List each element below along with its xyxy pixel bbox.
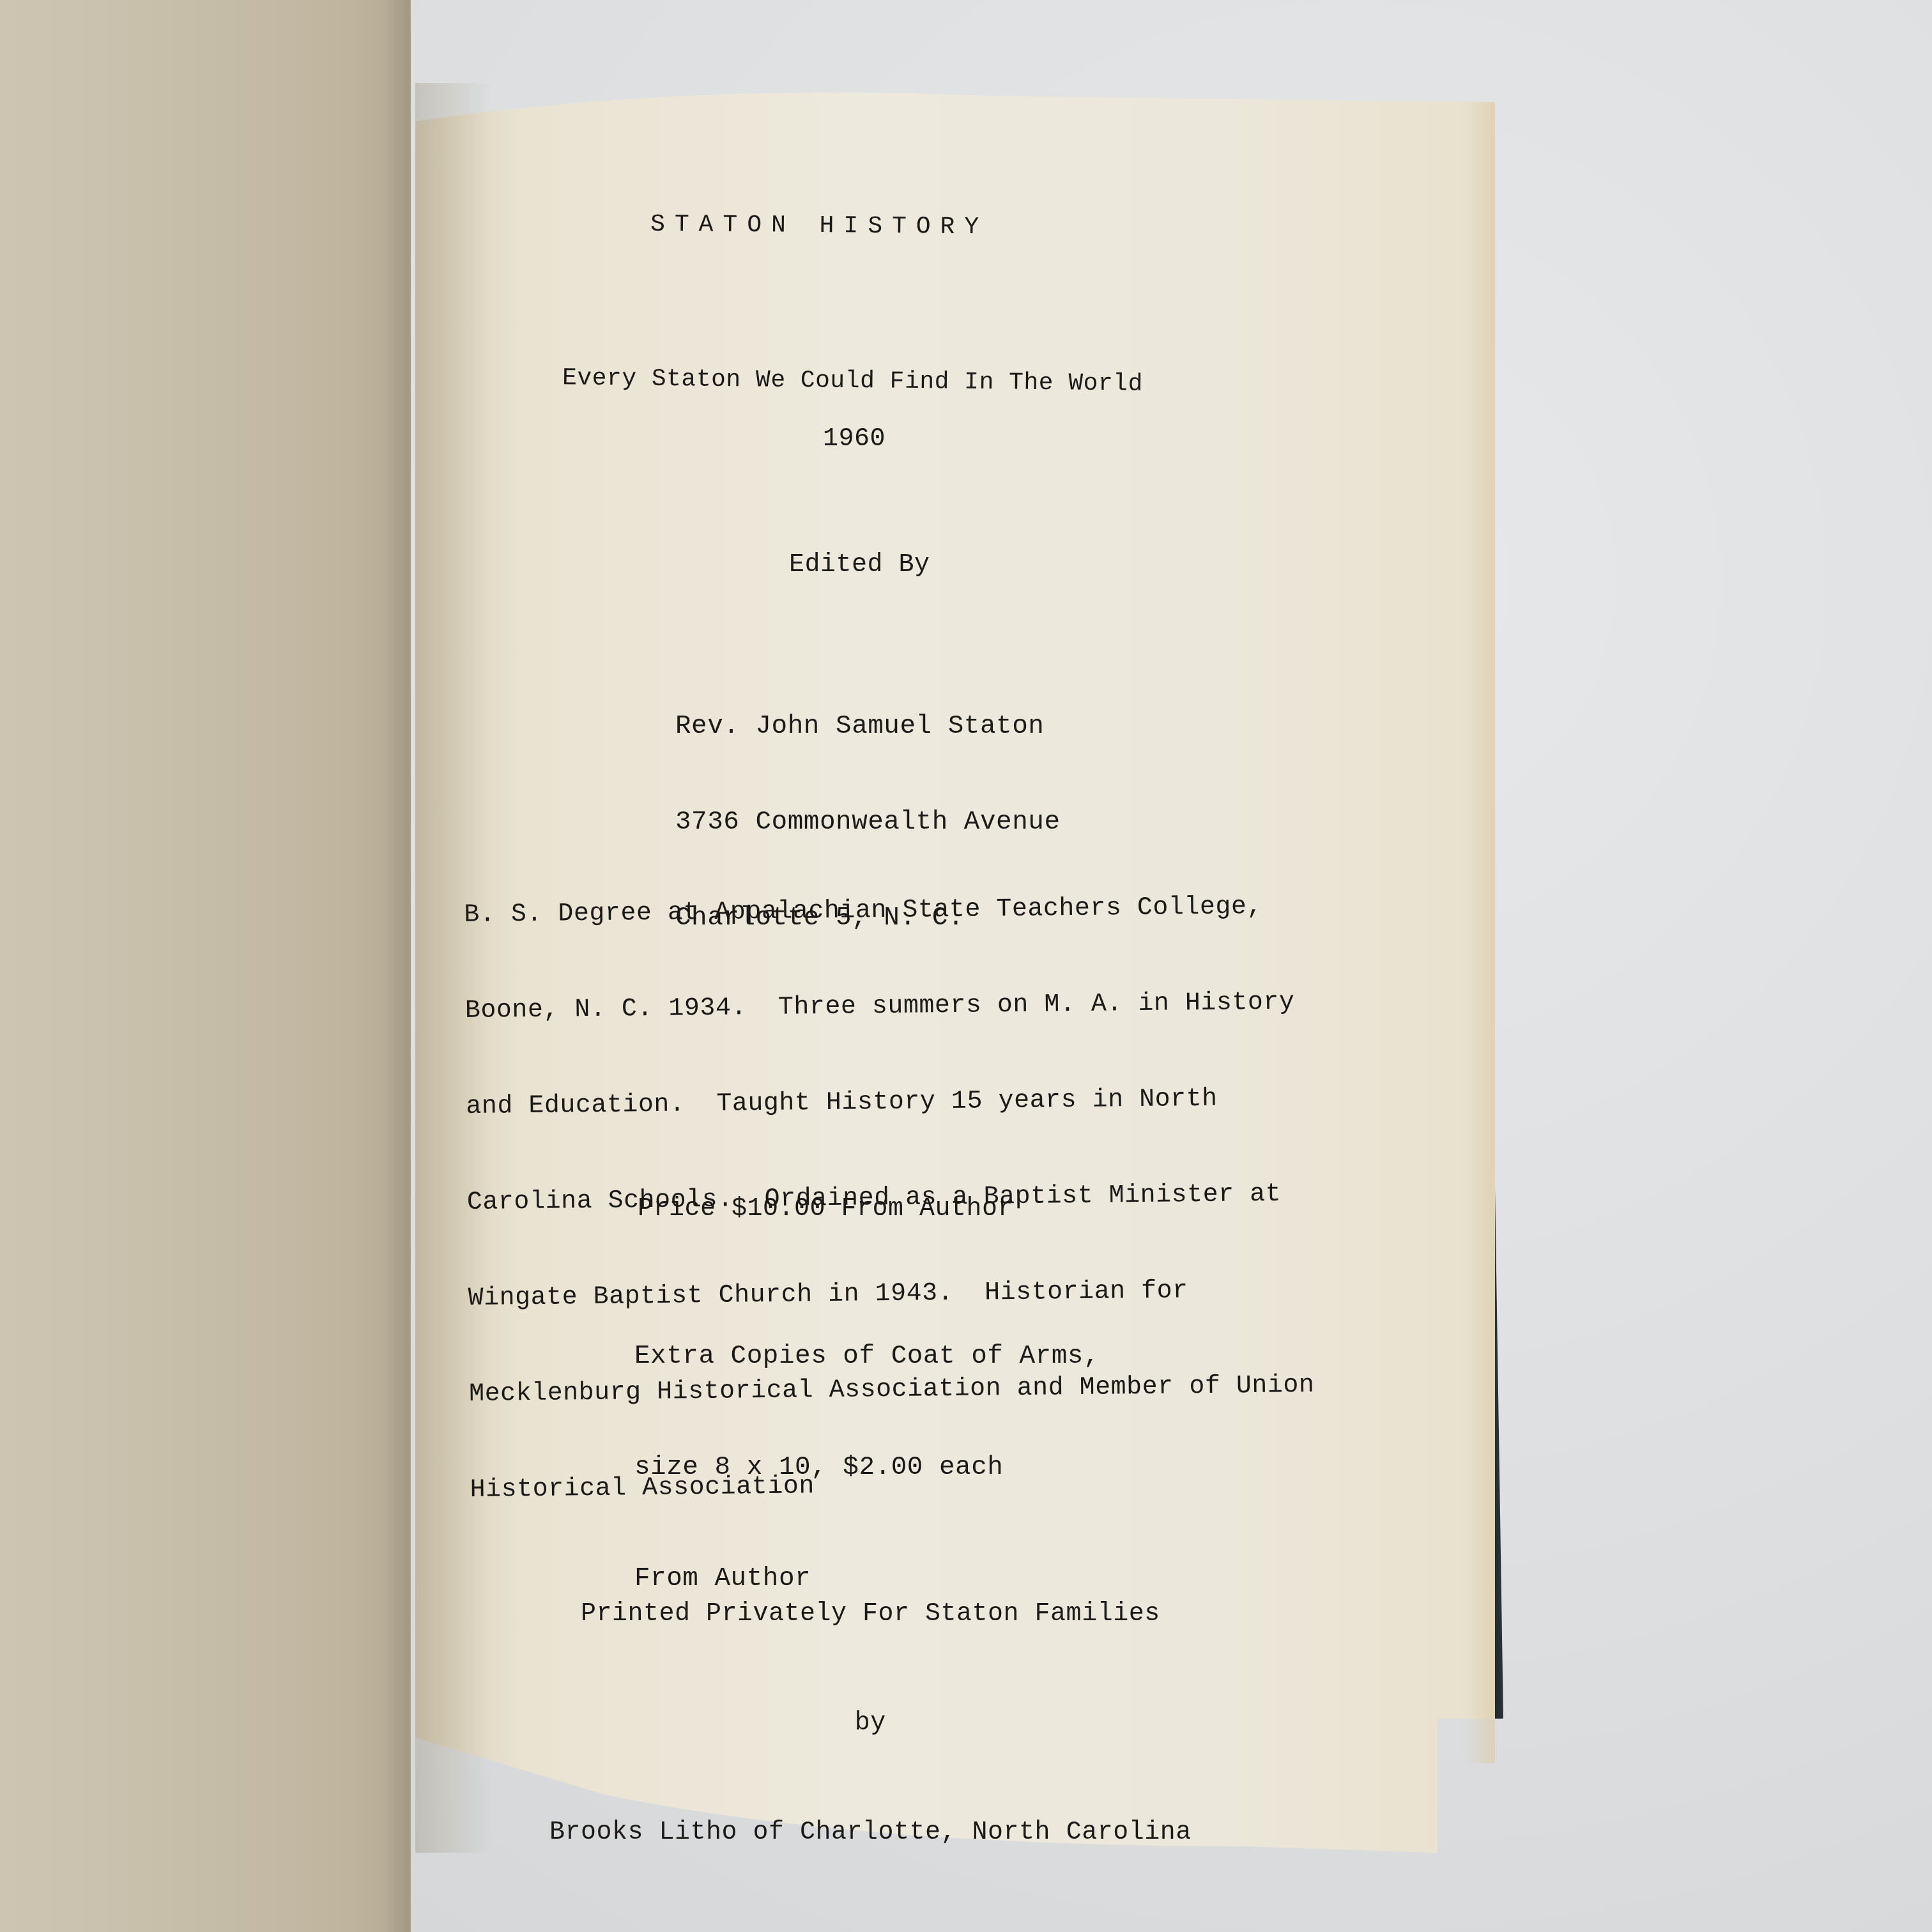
bio-line: B. S. Degree at Appalachian State Teache…	[464, 891, 1310, 931]
edited-by-label: Edited By	[789, 551, 930, 579]
printer-imprint: Printed Privately For Staton Families by…	[549, 1523, 1192, 1887]
printer-line: Brooks Litho of Charlotte, North Carolin…	[549, 1814, 1192, 1851]
price-note: Price $10.00 From Author	[638, 1195, 1013, 1223]
extras-line: size 8 x 10, $2.00 each	[634, 1449, 1100, 1486]
page-title: STATON HISTORY	[650, 211, 989, 241]
publication-year: 1960	[823, 425, 885, 454]
editor-name: Rev. John Samuel Staton	[675, 710, 1061, 742]
page-fore-edge	[1463, 102, 1495, 1763]
bio-line: and Education. Taught History 15 years i…	[466, 1082, 1312, 1123]
printer-line: Printed Privately For Staton Families	[549, 1596, 1192, 1632]
facing-blank-page	[0, 0, 411, 1932]
extras-line: Extra Copies of Coat of Arms,	[634, 1338, 1100, 1375]
bio-line: Boone, N. C. 1934. Three summers on M. A…	[465, 986, 1311, 1027]
printer-line: by	[549, 1705, 1192, 1742]
